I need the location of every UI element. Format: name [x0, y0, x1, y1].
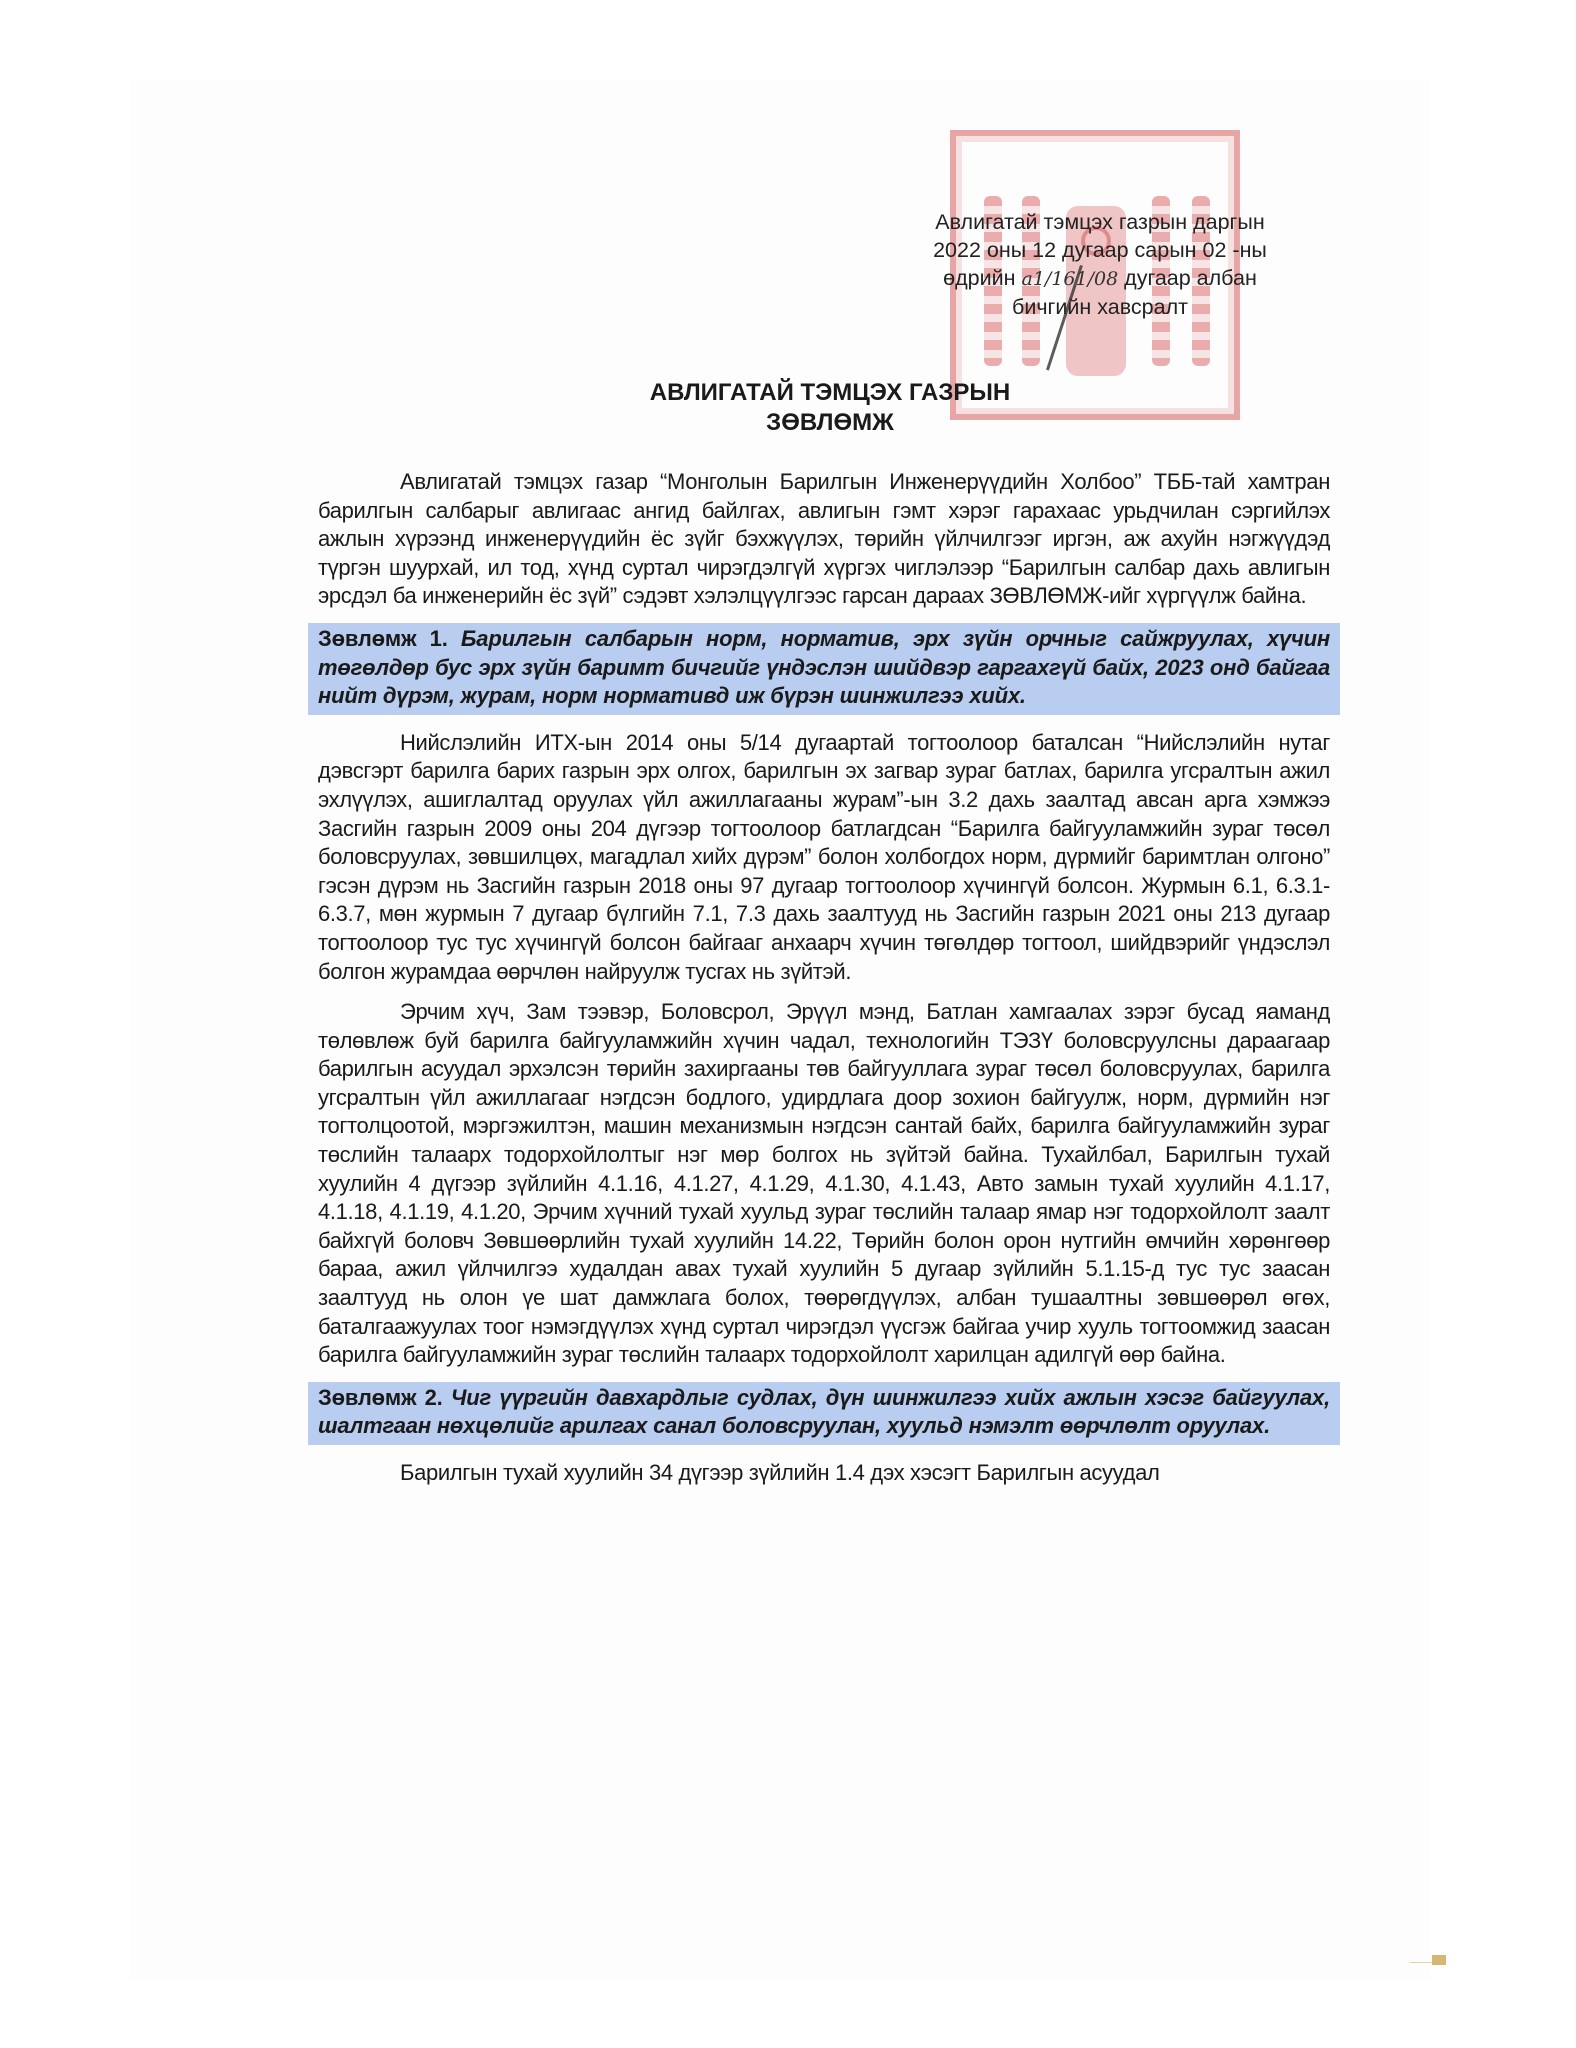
title-line1: АВЛИГАТАЙ ТЭМЦЭХ ГАЗРЫН	[560, 378, 1100, 408]
intro-paragraph: Авлигатай тэмцэх газар “Монголын Барилгы…	[318, 468, 1330, 611]
attachment-note-line3-suffix: дугаар албан	[1124, 266, 1257, 290]
attachment-note-line3-prefix: өдрийн	[943, 266, 1015, 290]
title-line2: ЗӨВЛӨМЖ	[560, 408, 1100, 438]
recommendation-1-label: Зөвлөмж 1.	[318, 626, 448, 651]
paragraph-4: Барилгын тухай хуулийн 34 дүгээр зүйлийн…	[318, 1459, 1330, 1488]
recommendation-2: Зөвлөмж 2. Чиг үүргийн давхардлыг судлах…	[308, 1382, 1340, 1445]
attachment-note-line4: бичгийн хавсралт	[920, 293, 1280, 321]
recommendation-2-text: Чиг үүргийн давхардлыг судлах, дүн шинжи…	[318, 1385, 1330, 1439]
handwritten-letter-number: a1/161/08	[1022, 265, 1119, 293]
recommendation-1: Зөвлөмж 1. Барилгын салбарын норм, норма…	[308, 623, 1340, 715]
document-title: АВЛИГАТАЙ ТЭМЦЭХ ГАЗРЫН ЗӨВЛӨМЖ	[560, 378, 1100, 438]
attachment-note-line1: Авлигатай тэмцэх газрын даргын	[920, 208, 1280, 236]
scan-artifact-line	[1410, 1962, 1432, 1963]
recommendation-1-text: Барилгын салбарын норм, норматив, эрх зү…	[318, 626, 1330, 708]
paragraph-2: Нийслэлийн ИТХ-ын 2014 оны 5/14 дугаарта…	[318, 729, 1330, 986]
attachment-note-line2: 2022 оны 12 дугаар сарын 02 -ны	[920, 236, 1280, 264]
scan-artifact-mark	[1432, 1955, 1446, 1965]
paragraph-3: Эрчим хүч, Зам тээвэр, Боловсрол, Эрүүл …	[318, 998, 1330, 1370]
attachment-note: Авлигатай тэмцэх газрын даргын 2022 оны …	[920, 208, 1280, 321]
recommendation-2-label: Зөвлөмж 2.	[318, 1385, 443, 1410]
attachment-note-line3: өдрийн a1/161/08 дугаар албан	[920, 264, 1280, 293]
document-body: Авлигатай тэмцэх газар “Монголын Барилгы…	[318, 468, 1330, 1500]
